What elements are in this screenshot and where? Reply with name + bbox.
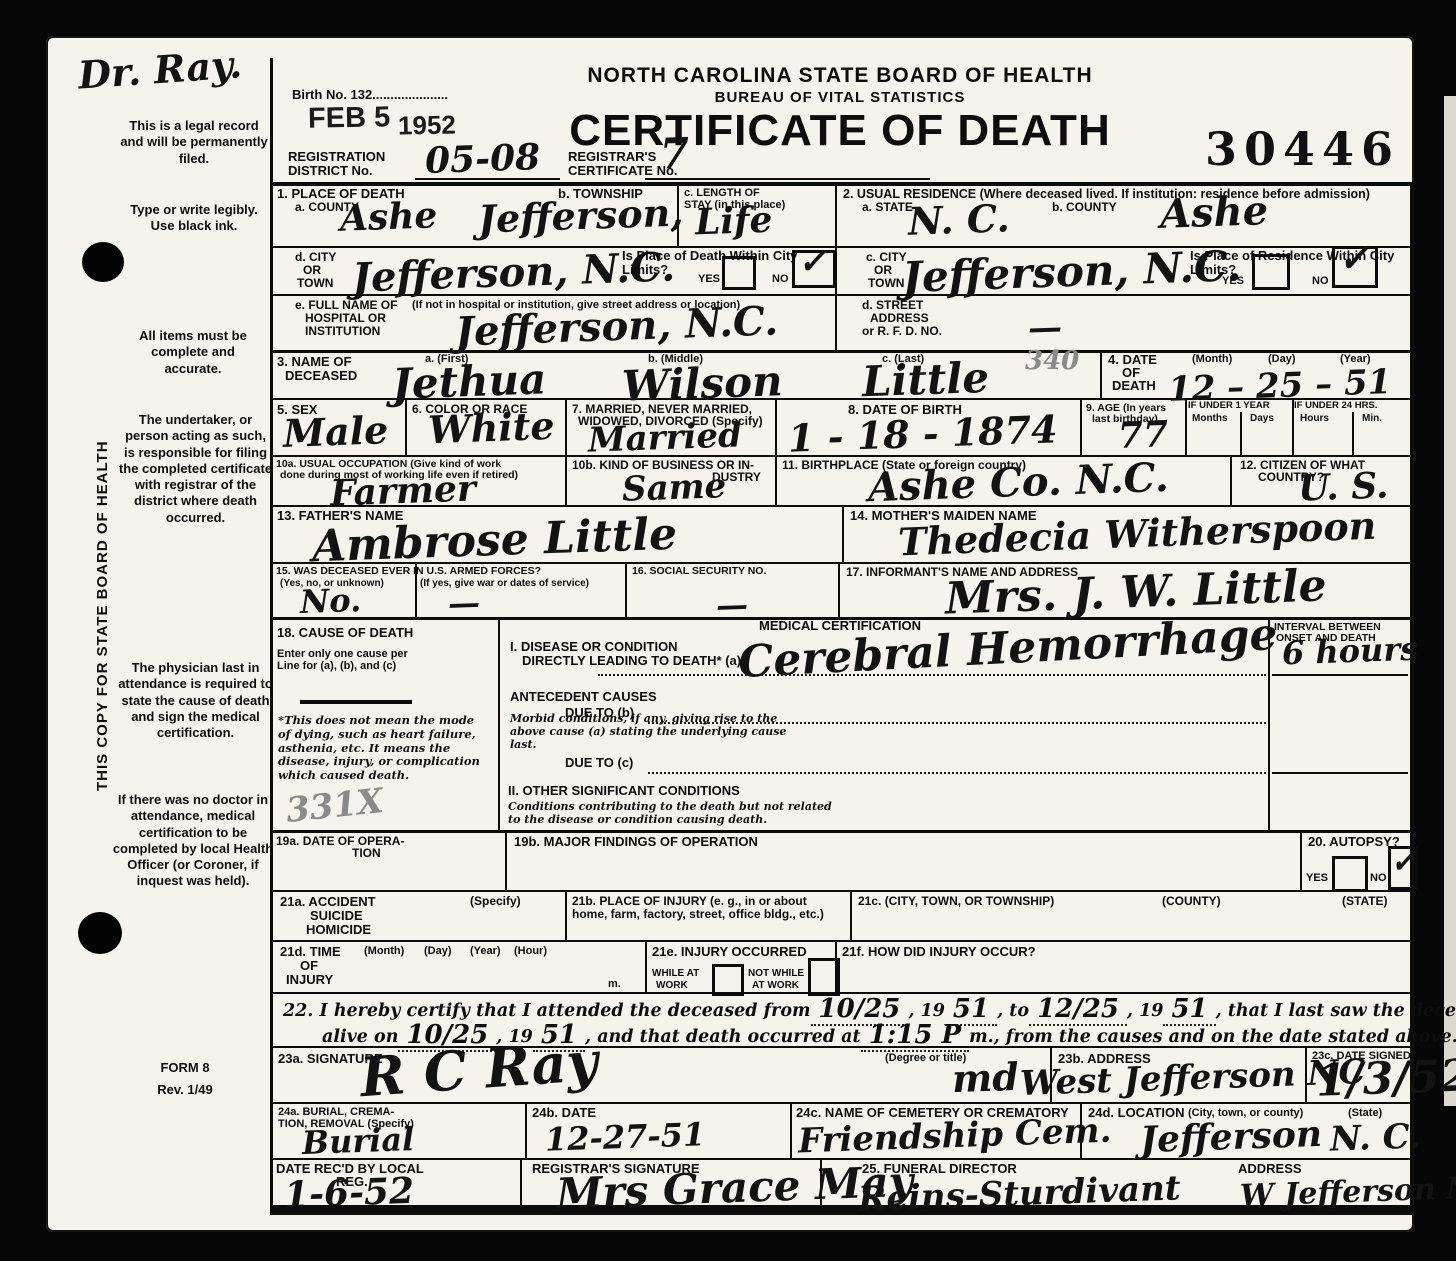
days-label: Days xyxy=(1250,413,1274,424)
scanned-death-certificate: Dr. Ray. This is a legal record and will… xyxy=(0,0,1456,1261)
min-label: Min. xyxy=(1362,413,1382,424)
operation-date-label: 19a. DATE OF OPERA- xyxy=(276,835,404,848)
date-signed-value: 1/3/52 xyxy=(1315,1055,1456,1102)
autopsy-yes-checkbox[interactable] xyxy=(1332,856,1368,892)
registration-district-value: 05-08 xyxy=(424,140,540,178)
operation-findings-label: 19b. MAJOR FINDINGS OF OPERATION xyxy=(514,835,758,850)
injury-m-label: m. xyxy=(608,978,621,990)
sex-value: Male xyxy=(282,412,389,452)
registration-district-label2: DISTRICT No. xyxy=(288,164,373,179)
degree-value: md xyxy=(951,1059,1019,1097)
certify-seg1: I hereby certify that I attended the dec… xyxy=(320,1001,811,1021)
certify-c2: , to xyxy=(997,1001,1029,1021)
certify-seg5: m., from the causes and on the date stat… xyxy=(969,1027,1456,1047)
not-while-at-work-label: NOT WHILE xyxy=(748,968,804,979)
header-bureau: BUREAU OF VITAL STATISTICS xyxy=(460,90,1220,107)
cemetery-value: Friendship Cem. xyxy=(798,1115,1112,1158)
under-1-year-label: IF UNDER 1 YEAR xyxy=(1188,401,1270,412)
city-label-town: TOWN xyxy=(297,277,333,290)
funeral-director-address-label: ADDRESS xyxy=(1238,1162,1302,1177)
certify-to-date: 12/25 xyxy=(1029,994,1127,1026)
residence-state-label: a. STATE xyxy=(862,201,913,214)
county-value: Ashe xyxy=(339,198,437,236)
while-at-work-checkbox[interactable] xyxy=(712,964,744,996)
hole-punch-bottom xyxy=(78,912,122,954)
dod-day-label: (Day) xyxy=(1268,353,1296,365)
form-revision: Rev. 1/49 xyxy=(130,1082,240,1098)
middle-name-value: Wilson xyxy=(621,361,783,406)
hole-punch-top xyxy=(82,242,124,282)
margin-note-no-doctor: If there was no doctor in attendance, me… xyxy=(112,792,274,890)
autopsy-no-label: NO xyxy=(1370,872,1387,884)
margin-note-undertaker: The undertaker, or person acting as such… xyxy=(118,412,273,526)
armed-forces-value: No. xyxy=(299,585,361,618)
death-limits-yes-label: YES xyxy=(698,273,720,285)
location-state-value: N. C. xyxy=(1329,1120,1421,1155)
due-to-b-label: DUE TO (b) xyxy=(565,706,634,721)
ssn-label: 16. SOCIAL SECURITY NO. xyxy=(632,566,766,578)
death-limits-no-checkmark: ✓ xyxy=(797,246,827,279)
date-received-value: 1-6-52 xyxy=(283,1174,414,1213)
burial-label: 24a. BURIAL, CREMA- xyxy=(278,1106,394,1118)
received-stamp-year: 1952 xyxy=(398,109,456,141)
street-label3: or R. F. D. NO. xyxy=(862,325,942,338)
residence-limits-no-label: NO xyxy=(1312,275,1329,287)
months-label: Months xyxy=(1192,413,1228,424)
date-of-death-label3: DEATH xyxy=(1112,379,1156,394)
birth-no: Birth No. 132..................... xyxy=(292,88,448,103)
cause-mode-note: *This does not mean the mode of dying, s… xyxy=(278,714,490,783)
antecedent-label: ANTECEDENT CAUSES xyxy=(510,690,657,705)
certify-line-1: 22. I hereby certify that I attended the… xyxy=(283,998,1456,1021)
disease-label2: DIRECTLY LEADING TO DEATH* (a) xyxy=(522,654,741,669)
time-of-injury-label3: INJURY xyxy=(286,973,333,988)
certify-c3: , 19 xyxy=(1127,1001,1164,1021)
while-at-work-label2: WORK xyxy=(656,980,688,991)
injury-state-label: (STATE) xyxy=(1342,895,1388,908)
occupation-value: Farmer xyxy=(329,471,476,510)
name-label2: DECEASED xyxy=(285,369,357,384)
race-value: White xyxy=(427,408,555,448)
margin-note-complete: All items must be complete and accurate. xyxy=(122,328,264,377)
age-value: 77 xyxy=(1117,417,1168,453)
injury-year-label: (Year) xyxy=(470,945,501,957)
cause-enter-note2: Line for (a), (b), and (c) xyxy=(277,660,396,672)
injury-city-label: 21c. (CITY, TOWN, OR TOWNSHIP) xyxy=(858,895,1054,908)
residence-state-value: N. C. xyxy=(907,200,1010,240)
residence-limits-yes-checkbox[interactable] xyxy=(1252,254,1290,290)
margin-note-physician: The physician last in attendance is requ… xyxy=(118,660,273,741)
other-conditions-label: II. OTHER SIGNIFICANT CONDITIONS xyxy=(508,784,740,799)
last-name-value: Little xyxy=(861,358,989,402)
hours-label: Hours xyxy=(1300,413,1329,424)
father-value: Ambrose Little xyxy=(311,514,677,569)
death-limits-no-label: NO xyxy=(772,273,789,285)
certify-death-time: 1:15 P xyxy=(861,1020,969,1052)
residence-county-label: b. COUNTY xyxy=(1052,201,1117,214)
injury-county-label: (COUNTY) xyxy=(1162,895,1221,908)
citizen-value: U. S. xyxy=(1297,468,1389,505)
township-value: Jefferson, xyxy=(477,194,684,237)
residence-county-value: Ashe xyxy=(1159,192,1268,234)
certify-seg2: , that I last saw the deceased xyxy=(1216,1001,1456,1021)
injury-hour-label: (Hour) xyxy=(514,945,547,957)
operation-date-label2: TION xyxy=(352,847,381,860)
homicide-label: HOMICIDE xyxy=(306,923,371,938)
armed-forces-sub2: (If yes, give war or dates of service) xyxy=(420,578,589,589)
death-limits-yes-checkbox[interactable] xyxy=(722,256,756,290)
birthplace-value: Ashe Co. N.C. xyxy=(867,459,1169,507)
pencil-annotation-340: 340 xyxy=(1025,346,1079,376)
cause-enter-note: Enter only one cause per xyxy=(277,648,408,660)
dod-month-label: (Month) xyxy=(1192,353,1232,365)
how-injury-label: 21f. HOW DID INJURY OCCUR? xyxy=(842,945,1036,960)
margin-note-legible: Type or write legibly. Use black ink. xyxy=(128,202,260,235)
burial-value: Burial xyxy=(302,1124,415,1158)
other-conditions-note: Conditions contributing to the death but… xyxy=(508,800,838,826)
not-while-at-work-checkbox[interactable] xyxy=(808,958,840,996)
first-name-value: Jethua xyxy=(391,359,547,404)
margin-vertical-text: THIS COPY FOR STATE BOARD OF HEALTH xyxy=(94,398,111,834)
marital-value: Married xyxy=(587,419,742,457)
burial-date-value: 12-27-51 xyxy=(545,1119,706,1155)
certify-seg4: , and that death occurred at xyxy=(585,1027,861,1047)
residence-limits-no-checkmark: ✓ xyxy=(1337,239,1370,276)
hospital-value: Jefferson, N.C. xyxy=(454,302,778,351)
certify-number: 22. xyxy=(283,1001,313,1021)
length-of-stay-value: Life xyxy=(694,203,773,240)
while-at-work-label: WHILE AT xyxy=(652,968,699,979)
under-24-hrs-label: IF UNDER 24 HRS. xyxy=(1294,401,1377,412)
residence-city-label-town: TOWN xyxy=(868,277,904,290)
certify-to-year: 51 xyxy=(1163,994,1215,1026)
scan-edge-strip xyxy=(1444,96,1456,1106)
header-board: NORTH CAROLINA STATE BOARD OF HEALTH xyxy=(460,64,1220,88)
ssn-value: — xyxy=(715,589,748,620)
cause-of-death-section: 18. CAUSE OF DEATH xyxy=(277,626,413,641)
due-to-c-label: DUE TO (c) xyxy=(565,756,633,771)
accident-specify-label: (Specify) xyxy=(470,895,521,908)
form-number: FORM 8 xyxy=(130,1060,240,1076)
dob-value: 1 - 18 - 1874 xyxy=(787,411,1058,456)
length-of-stay-label: c. LENGTH OF xyxy=(684,187,760,199)
injury-occurred-label: 21e. INJURY OCCURRED xyxy=(652,945,807,960)
armed-forces-label: 15. WAS DECEASED EVER IN U.S. ARMED FORC… xyxy=(276,566,541,578)
certify-c1: , 19 xyxy=(908,1001,945,1021)
interval-value: 6 hours xyxy=(1282,634,1419,669)
industry-value: Same xyxy=(621,470,726,506)
margin-handwriting: Dr. Ray. xyxy=(77,46,243,93)
residence-limits-yes-label: YES xyxy=(1222,275,1244,287)
morbid-note: Morbid conditions, if any, giving rise t… xyxy=(510,712,810,752)
place-of-injury-label2: home, farm, factory, street, office bldg… xyxy=(572,908,824,921)
autopsy-label: 20. AUTOPSY? xyxy=(1308,835,1400,850)
armed-forces-dash: — xyxy=(447,587,480,618)
registrar-certificate-value: 7 xyxy=(659,134,690,175)
page-title: CERTIFICATE OF DEATH xyxy=(460,106,1220,155)
funeral-director-address-value: W Jefferson N.C. xyxy=(1240,1173,1456,1211)
certificate-serial-number: 30446 xyxy=(1205,122,1400,176)
margin-note-legal: This is a legal record and will be perma… xyxy=(118,118,270,167)
physician-signature: R C Ray xyxy=(359,1036,600,1104)
injury-month-label: (Month) xyxy=(364,945,404,957)
street-value: — xyxy=(1027,311,1062,344)
physician-address-value: West Jefferson NC xyxy=(1020,1056,1367,1100)
autopsy-yes-label: YES xyxy=(1306,872,1328,884)
hospital-label3: INSTITUTION xyxy=(305,325,380,338)
received-stamp-month-day: FEB 5 xyxy=(308,101,391,135)
injury-day-label: (Day) xyxy=(424,945,452,957)
autopsy-no-checkmark: ✓ xyxy=(1389,846,1417,877)
death-limits-question2: Limits? xyxy=(622,263,668,278)
location-value: Jefferson xyxy=(1139,1117,1322,1158)
not-while-at-work-label2: AT WORK xyxy=(752,980,799,991)
funeral-director-value: Reins-Sturdivant xyxy=(858,1172,1182,1216)
